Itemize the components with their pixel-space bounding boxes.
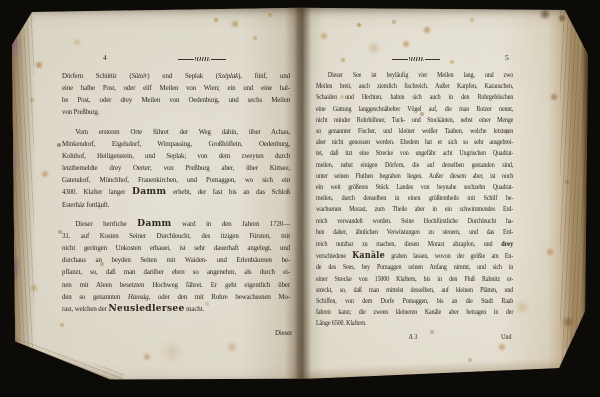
text-line: unter seinen Fluthen begraben liegen. Au… (316, 171, 513, 182)
page-right: 5 Dieser See ist beyläufig vier Meilen l… (316, 51, 528, 341)
text-line: ben daher, ähnlichen Verwüstungen zu ste… (316, 227, 513, 238)
foxing-spots-right (10, 7, 14, 11)
text-line: Länge 6500. Klaftern. (316, 318, 513, 329)
text-line: eine Gattung langgeschnäbelter Vögel auf… (316, 104, 513, 115)
page-header-left: 4 (62, 51, 302, 67)
text-line: verschiedene Kanäle graben lassen, wovon… (316, 250, 513, 262)
text-line: Vom ersteren Orte führet der Weg dahin, … (62, 126, 290, 138)
cover-edge-purple (10, 22, 24, 372)
signature-line: A 3 Und (316, 333, 513, 341)
page-left: 4 Dörfern Schüttir (Süttér) und Seplak (… (62, 51, 302, 339)
text-line: meilen, durch denselben in einen größten… (316, 193, 513, 204)
paragraph: Dieser herrliche Damm ward in den Jahren… (62, 218, 290, 315)
text-line: be Post, oder drey Meilen von Oedenburg,… (62, 94, 290, 106)
text-line: wachsenen Morast, zum Theile aber in ein… (316, 204, 513, 215)
open-book: 4 Dörfern Schüttir (Süttér) und Seplak (… (10, 7, 588, 387)
text-line: Dörfern Schüttir (Süttér) und Seplak (Sz… (62, 70, 290, 82)
text-block-left: Dörfern Schüttir (Süttér) und Seplak (Sz… (62, 70, 290, 315)
text-line: reich verwandelt worden. Seine Hochfürst… (316, 216, 513, 227)
header-rule-ornament-icon (178, 57, 226, 61)
text-line: rast, welchen der Neusiedlersee macht. (62, 303, 290, 315)
text-line: streckt, so, daß man mittelst desselben,… (316, 285, 513, 296)
text-line: reich nutzbar zu machen, diesen Morast a… (316, 238, 513, 250)
paragraph: Vom ersteren Orte führet der Weg dahin, … (62, 126, 290, 211)
text-line: durchaus an beyden Seiten mit Waiden- un… (62, 254, 290, 266)
text-line: ein weit größeres Stück Landes von beyna… (316, 182, 513, 193)
page-header-right: 5 (316, 51, 528, 67)
text-line: aber nicht genossen werden. Ehedem hat e… (316, 137, 513, 148)
page-edges-bottom-left (2, 337, 124, 397)
text-line: de des Sees, bey Pomaggen seinen Anfang … (316, 262, 513, 273)
text-line: einer Strecke von 15000 Klaftern, bis in… (316, 274, 513, 285)
foxing-spots-left (10, 7, 14, 11)
text-line: von Preßburg. (62, 106, 290, 118)
text-line: tet, daß itzt eine Strecke von ungefähr … (316, 148, 513, 159)
page-edges-bottom-right (298, 357, 565, 391)
text-line: Dieser herrliche Damm ward in den Jahren… (62, 218, 290, 230)
catchword-right: Und (501, 333, 513, 341)
text-line: nicht minder Rohrhühner, Tuck- und Stock… (316, 115, 513, 126)
text-line: Meilen breit, auch ziemlich fischreich. … (316, 81, 513, 92)
signature-mark: A 3 (409, 333, 418, 341)
paragraph: Dörfern Schüttir (Süttér) und Seplak (Sz… (62, 70, 290, 119)
text-line: Esterház fortläuft. (62, 199, 290, 211)
text-line: Kolnhof, Heiligenstein, und Seplak; von … (62, 150, 290, 162)
text-line: Gatendorf, Münchhof, Frauenkirchen, und … (62, 174, 290, 186)
text-line: Schiffen, von dem Dorfe Pomaggen, bis an… (316, 296, 513, 307)
header-rule-ornament-icon (392, 57, 440, 61)
text-line: fahren kann; die zween kleineren Kanäle … (316, 307, 513, 318)
text-line: den so genannten Hanság, oder den mit Ro… (62, 291, 290, 303)
text-line: 4300. Klafter langer Damm erhebt, der fa… (62, 186, 290, 198)
text-line: 31. auf Kosten Seiner Durchleucht, des i… (62, 230, 290, 242)
text-line: pflanzt, so, daß man darüber eben so ang… (62, 266, 290, 278)
text-line: Dieser See ist beyläufig vier Meilen lan… (316, 70, 513, 81)
page-number-right: 5 (505, 53, 509, 62)
text-line: letztbemeldte drey Oerter; von Preßburg … (62, 162, 290, 174)
paragraph: Dieser See ist beyläufig vier Meilen lan… (316, 70, 513, 330)
page-number-left: 4 (103, 53, 107, 62)
catchword-left: Dieser (68, 327, 296, 339)
text-line: so genannter Fischer, und kleiner weißer… (316, 126, 513, 137)
page-edges-right (560, 9, 588, 385)
text-line: eine halbe Post, oder eilf Meilen von Wi… (62, 82, 290, 94)
text-line: nen mit Aleen besetzten Hochweg fähret. … (62, 279, 290, 291)
photo-background: 4 Dörfern Schüttir (Süttér) und Seplak (… (0, 0, 600, 397)
text-block-right: Dieser See ist beyläufig vier Meilen lan… (316, 70, 513, 330)
text-line: meilen, nebst einigen Dörfern, die auf d… (316, 160, 513, 171)
text-line: nicht geringen Unkosten erbauet, ist seh… (62, 242, 290, 254)
text-line: Schaiden und Hechten, halten sich auch i… (316, 92, 513, 103)
text-line: Minkendorf, Eigelsdorf, Wimpassing, Groß… (62, 138, 290, 150)
